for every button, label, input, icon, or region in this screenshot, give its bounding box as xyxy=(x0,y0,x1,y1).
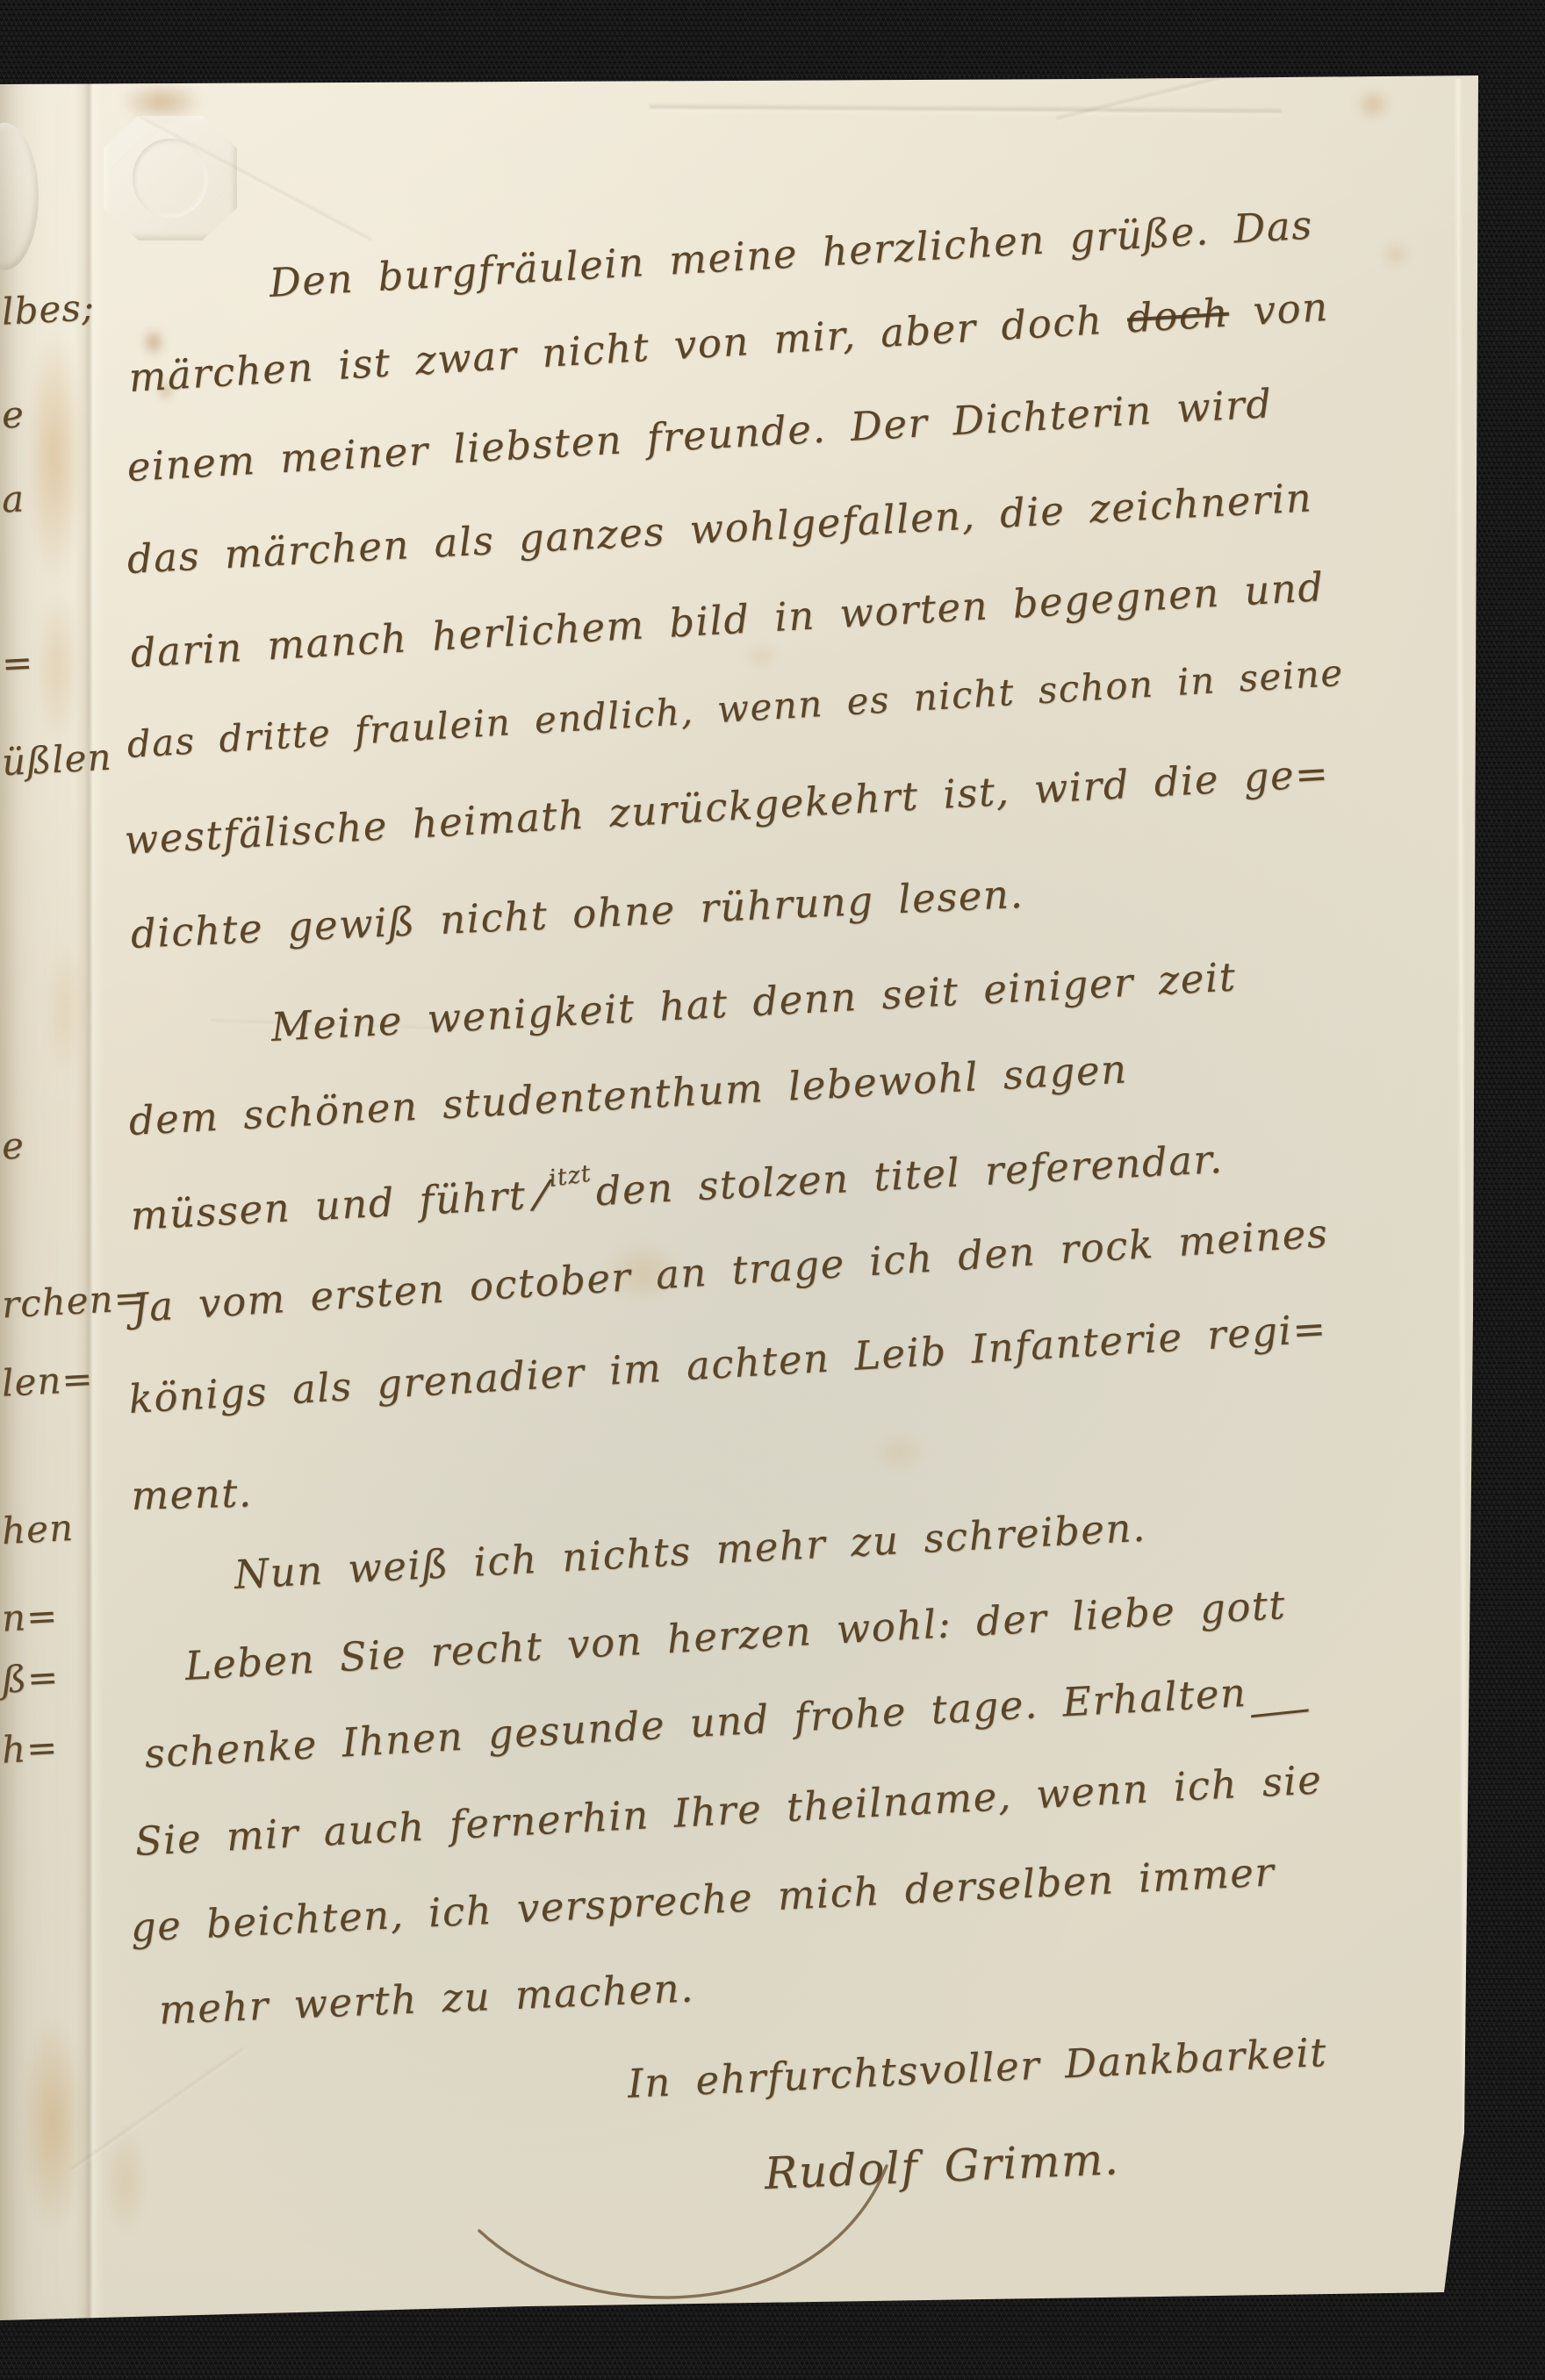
facing-page-fragment: len= xyxy=(1,1360,95,1401)
facing-page-fragment: = xyxy=(1,644,34,683)
letter-line-1: Den burgfräulein meine herzlichen grüße.… xyxy=(268,205,1313,303)
letter-line-4: das märchen als ganzes wohlgefallen, die… xyxy=(126,477,1314,579)
foxing-stain xyxy=(1350,84,1396,125)
inserted-word: itzt xyxy=(548,1162,593,1191)
facing-page-fragment: e xyxy=(1,396,25,434)
facing-page-fragment: rchen= xyxy=(1,1280,147,1324)
end-of-line-dash: — xyxy=(1246,1687,1315,1733)
letter-line-7: westfälische heimath zurückgekehrt ist, … xyxy=(123,753,1330,860)
facing-page-fragment: ß= xyxy=(1,1659,60,1698)
letter-line-13: königs als grenadier im achten Leib Infa… xyxy=(127,1308,1327,1419)
letter-line-18: Sie mir auch fernerhin Ihre theilname, w… xyxy=(134,1760,1324,1861)
letter-line-5: darin manch herlichem bild in worten beg… xyxy=(129,567,1325,673)
letter-line-17: schenke Ihnen gesunde und frohe tage. Er… xyxy=(143,1673,1247,1774)
foxing-stain xyxy=(104,74,219,130)
scan-background: lbes;ea=üßlenerchen=len=henn=ß=h= Den bu… xyxy=(0,0,1545,2380)
signature-flourish xyxy=(413,2133,957,2334)
embossed-seal-octagon xyxy=(104,116,237,240)
foxing-stain xyxy=(737,639,787,674)
foxing-stain xyxy=(1376,237,1415,272)
letter-line-11: müssen und führtitztden stolzen titel re… xyxy=(130,1138,1225,1236)
paper-wrinkle xyxy=(137,114,373,244)
letter-line-10: dem schönen studententhum lebewohl sagen xyxy=(128,1049,1129,1141)
paper-right-edge-highlight xyxy=(1454,79,1470,2168)
letter-line-6: das dritte fraulein endlich, wenn es nic… xyxy=(126,655,1345,763)
letter-line-14: ment. xyxy=(131,1473,253,1516)
letter-line-3: einem meiner liebsten freunde. Der Dicht… xyxy=(126,384,1273,487)
letter-line-15: Nun weiß ich nichts mehr zu schreiben. xyxy=(234,1508,1147,1595)
facing-page-fragment: lbes; xyxy=(1,289,96,330)
letter-line-19: ge beichten, ich verspreche mich derselb… xyxy=(130,1852,1276,1947)
paper-wrinkle xyxy=(650,103,1282,118)
letter-line-12: Ja vom ersten october an trage ich den r… xyxy=(131,1213,1329,1328)
letter-page: lbes;ea=üßlenerchen=len=henn=ß=h= Den bu… xyxy=(0,0,1545,2380)
facing-page-fragment: n= xyxy=(1,1597,59,1637)
letter-line-9: Meine wenigkeit hat denn seit einiger ze… xyxy=(270,957,1238,1047)
closing-line: In ehrfurchtsvoller Dankbarkeit xyxy=(627,2032,1328,2104)
struck-out-word: doch xyxy=(1125,290,1230,342)
facing-page-fragment: h= xyxy=(1,1729,59,1768)
embossed-seal-partial-left-edge xyxy=(0,123,39,270)
paper-wrinkle xyxy=(1056,56,1297,123)
letter-line-8: dichte gewiß nicht ohne rührung lesen. xyxy=(130,874,1024,954)
fold-crease xyxy=(75,0,104,2380)
foxing-stain xyxy=(860,1422,939,1483)
facing-page-fragment: a xyxy=(1,480,25,518)
foxing-stain xyxy=(95,2106,156,2255)
letter-line-16: Leben Sie recht von herzen wohl: der lie… xyxy=(183,1585,1287,1686)
facing-page-fragment: üßlen xyxy=(1,739,112,782)
facing-page-fragment: e xyxy=(1,1127,25,1165)
letter-line-20: mehr werth zu machen. xyxy=(158,1968,695,2030)
facing-page-fragment: hen xyxy=(1,1509,75,1550)
